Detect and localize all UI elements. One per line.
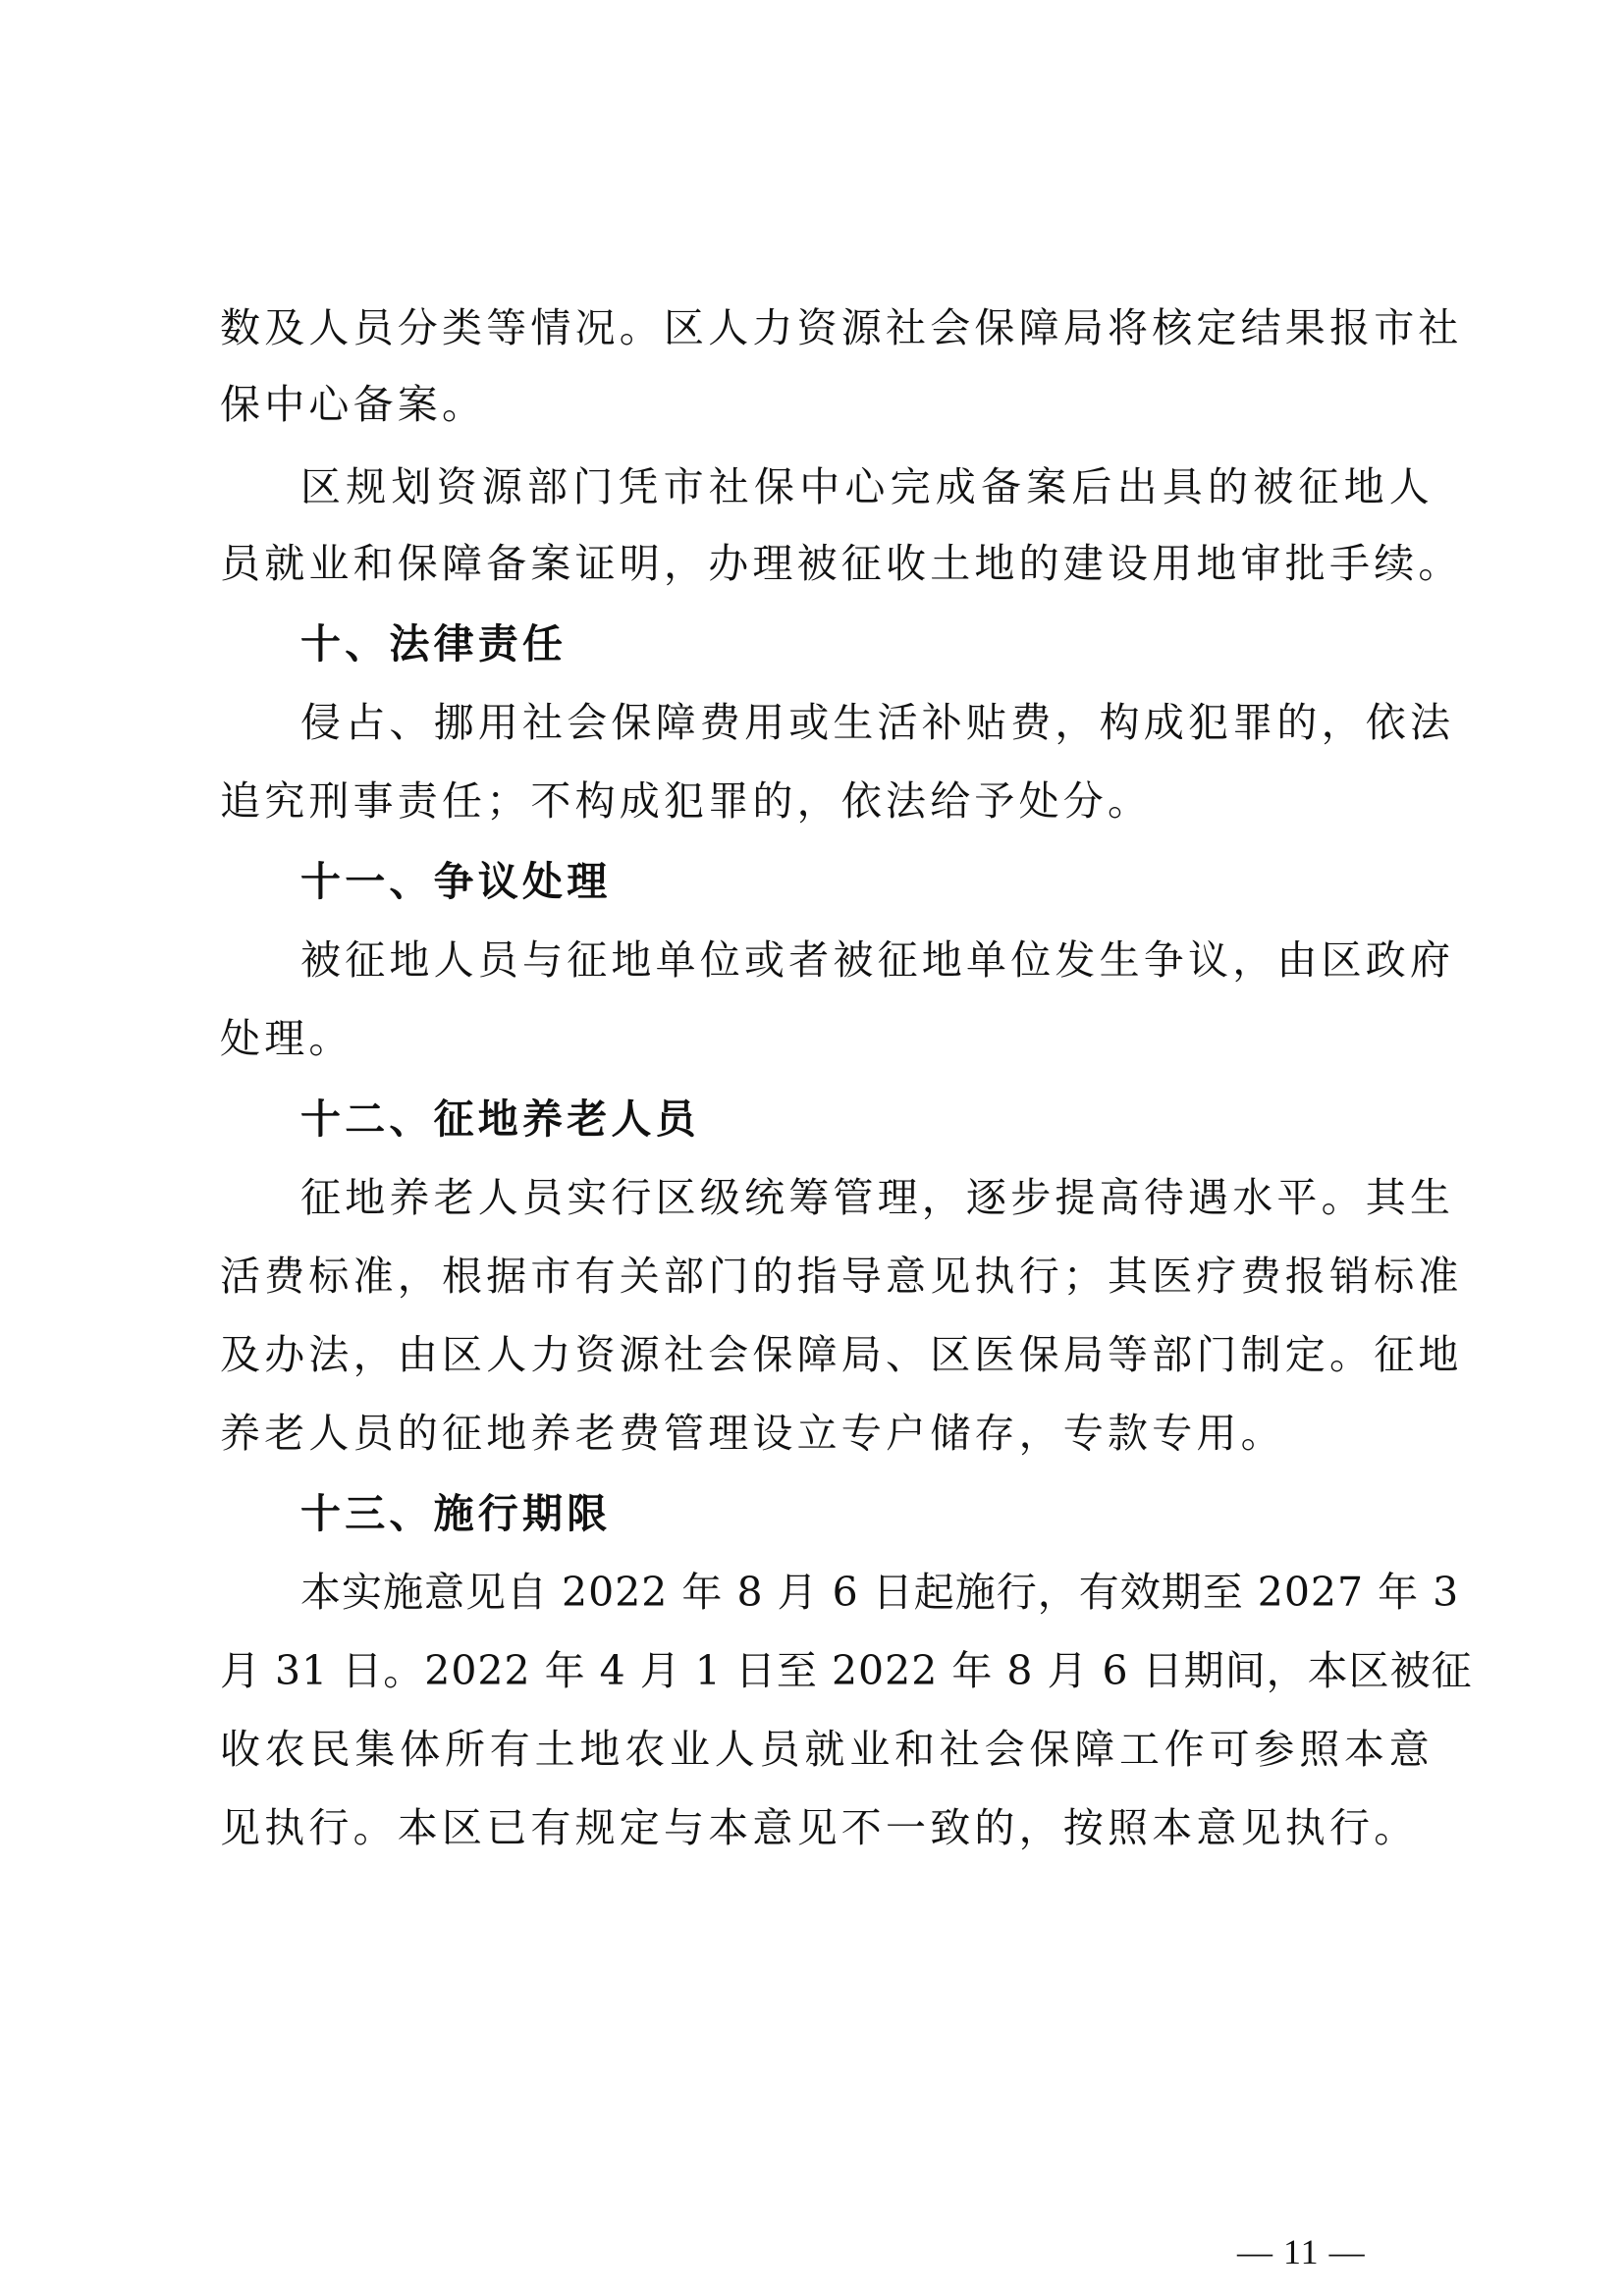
paragraph-line: 收农民集体所有土地农业人员就业和社会保障工作可参照本意 <box>220 1722 1434 1777</box>
document-page: 数及人员分类等情况。区人力资源社会保障局将核定结果报市社 保中心备案。 区规划资… <box>0 0 1624 2296</box>
section-heading-legal-liability: 十、法律责任 <box>300 616 1514 671</box>
paragraph-line: 区规划资源部门凭市社保中心完成备案后出具的被征地人 <box>300 459 1434 514</box>
paragraph-line: 及办法，由区人力资源社会保障局、区医保局等部门制定。征地 <box>220 1327 1434 1382</box>
paragraph-line: 处理。 <box>220 1011 1434 1066</box>
section-heading-dispute-handling: 十一、争议处理 <box>300 854 1514 909</box>
paragraph-line: 被征地人员与征地单位或者被征地单位发生争议，由区政府 <box>300 933 1434 988</box>
paragraph-line: 月 31 日。2022 年 4 月 1 日至 2022 年 8 月 6 日期间，… <box>220 1643 1434 1698</box>
paragraph-line: 征地养老人员实行区级统筹管理，逐步提高待遇水平。其生 <box>300 1170 1434 1225</box>
section-heading-effective-period: 十三、施行期限 <box>300 1486 1514 1541</box>
paragraph-line: 员就业和保障备案证明，办理被征收土地的建设用地审批手续。 <box>220 536 1434 591</box>
paragraph-line: 追究刑事责任；不构成犯罪的，依法给予处分。 <box>220 774 1434 828</box>
paragraph-line: 数及人员分类等情况。区人力资源社会保障局将核定结果报市社 <box>220 300 1434 355</box>
paragraph-line: 见执行。本区已有规定与本意见不一致的，按照本意见执行。 <box>220 1800 1434 1855</box>
page-number: — 11 — <box>1237 2230 1366 2273</box>
paragraph-line: 养老人员的征地养老费管理设立专户储存，专款专用。 <box>220 1406 1434 1461</box>
section-heading-pension-personnel: 十二、征地养老人员 <box>300 1092 1514 1147</box>
paragraph-line: 活费标准，根据市有关部门的指导意见执行；其医疗费报销标准 <box>220 1249 1434 1304</box>
paragraph-line: 侵占、挪用社会保障费用或生活补贴费，构成犯罪的，依法 <box>300 695 1434 750</box>
paragraph-line: 本实施意见自 2022 年 8 月 6 日起施行，有效期至 2027 年 3 <box>300 1565 1434 1620</box>
paragraph-line: 保中心备案。 <box>220 377 1434 432</box>
